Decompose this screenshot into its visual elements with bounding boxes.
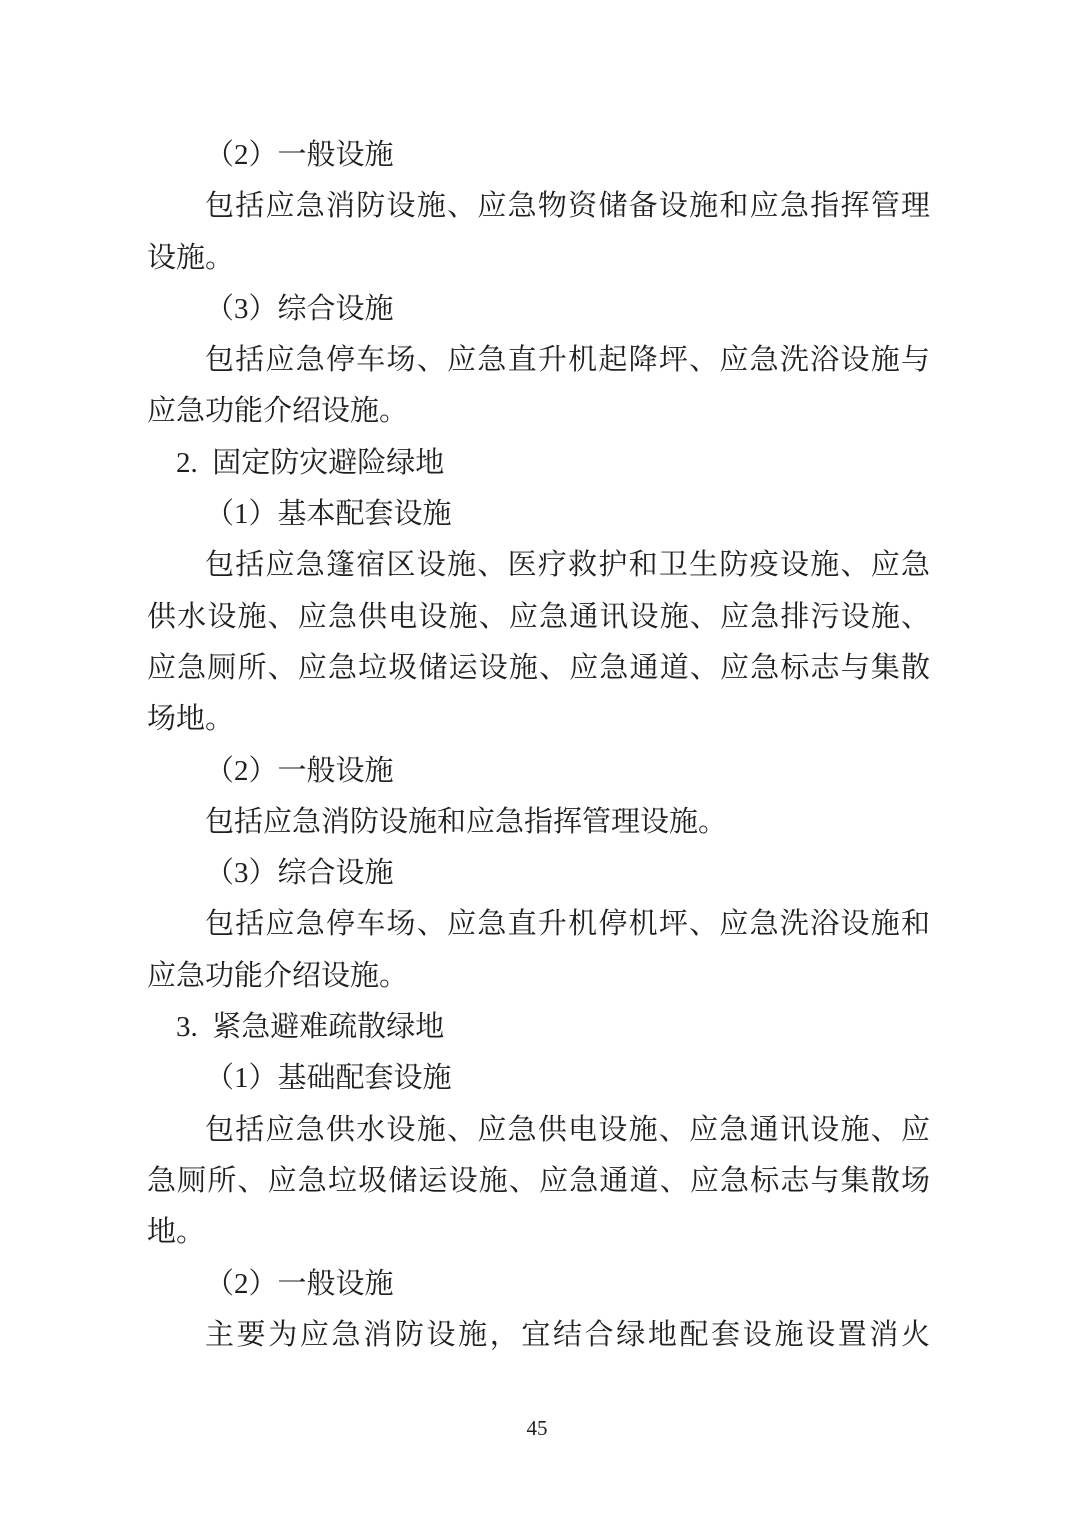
- body-text-line: 包括应急消防设施和应急指挥管理设施。: [147, 797, 930, 848]
- body-text-line: 包括应急消防设施、应急物资储备设施和应急指挥管理: [147, 181, 930, 232]
- body-text-line: 主要为应急消防设施，宜结合绿地配套设施设置消火: [147, 1310, 930, 1361]
- subsection-heading-line: （2）一般设施: [147, 1259, 930, 1310]
- subsection-heading-line: （1）基础配套设施: [147, 1053, 930, 1104]
- page-number: 45: [0, 1416, 1074, 1441]
- body-text-line: 包括应急停车场、应急直升机停机坪、应急洗浴设施和: [147, 899, 930, 950]
- subsection-heading-line: （2）一般设施: [147, 130, 930, 181]
- body-text-line: 供水设施、应急供电设施、应急通讯设施、应急排污设施、: [147, 592, 930, 643]
- body-text-line: 应急厕所、应急垃圾储运设施、应急通道、应急标志与集散: [147, 643, 930, 694]
- section-heading-line: 2. 固定防灾避险绿地: [147, 438, 930, 489]
- body-text-line: 地。: [147, 1207, 930, 1258]
- body-text-line: 包括应急篷宿区设施、医疗救护和卫生防疫设施、应急: [147, 540, 930, 591]
- subsection-heading-line: （2）一般设施: [147, 746, 930, 797]
- section-heading-line: 3. 紧急避难疏散绿地: [147, 1002, 930, 1053]
- body-text-line: 包括应急停车场、应急直升机起降坪、应急洗浴设施与: [147, 335, 930, 386]
- document-page: （2）一般设施包括应急消防设施、应急物资储备设施和应急指挥管理设施。（3）综合设…: [0, 0, 1074, 1520]
- body-text-line: 设施。: [147, 233, 930, 284]
- subsection-heading-line: （3）综合设施: [147, 848, 930, 899]
- body-text-line: 急厕所、应急垃圾储运设施、应急通道、应急标志与集散场: [147, 1156, 930, 1207]
- body-text-line: 应急功能介绍设施。: [147, 386, 930, 437]
- body-text-line: 场地。: [147, 694, 930, 745]
- body-text-line: 包括应急供水设施、应急供电设施、应急通讯设施、应: [147, 1105, 930, 1156]
- document-body: （2）一般设施包括应急消防设施、应急物资储备设施和应急指挥管理设施。（3）综合设…: [147, 130, 930, 1361]
- subsection-heading-line: （1）基本配套设施: [147, 489, 930, 540]
- subsection-heading-line: （3）综合设施: [147, 284, 930, 335]
- body-text-line: 应急功能介绍设施。: [147, 951, 930, 1002]
